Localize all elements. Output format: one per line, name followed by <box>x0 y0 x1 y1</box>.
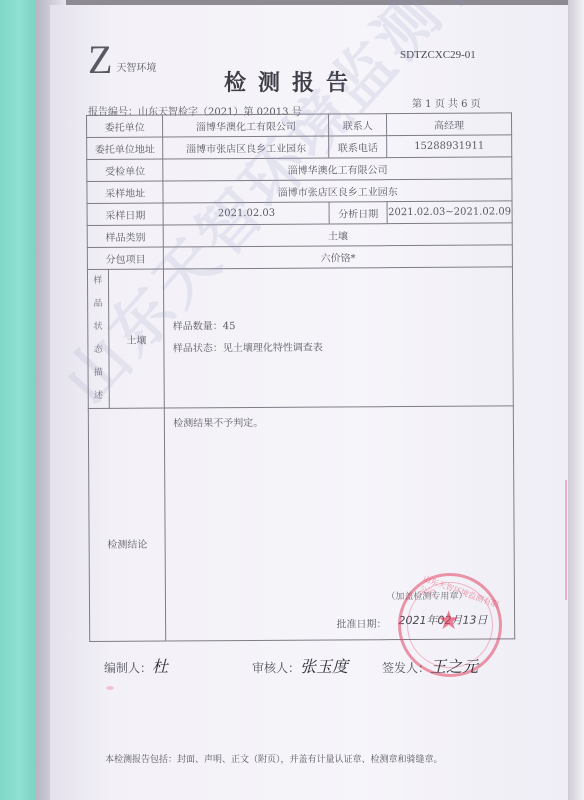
reviewer-sig: 张玉度 <box>300 657 348 676</box>
conclusion-label: 检测结论 <box>88 408 166 641</box>
table-row: 分包项目 六价铬* <box>87 245 512 270</box>
sample-category-label: 样品类别 <box>87 225 164 247</box>
table-row: 委托单位地址 淄博市张店区良乡工业园东 联系电话 15288931911 <box>87 135 512 160</box>
sampling-date-value: 2021.02.03 <box>163 202 329 225</box>
issuer-signature: 签发人：王之元 <box>382 654 478 677</box>
analysis-date-value: 2021.02.03~2021.02.09 <box>387 201 512 224</box>
sample-state: 样品状态：见土壤理化特性调查表 <box>173 336 513 360</box>
phone-value: 15288931911 <box>387 135 512 158</box>
footer-note: 本检测报告包括：封面、声明、正文（附页），并盖有计量认证章、检测章和骑缝章。 <box>105 752 443 765</box>
sample-description: 样品数量：45 样品状态：见土壤理化特性调查表 <box>164 267 513 408</box>
label-char: 态 <box>94 345 103 355</box>
table-row: 采样地址 淄博市张店区良乡工业园东 <box>87 179 512 204</box>
phone-label: 联系电话 <box>329 136 387 158</box>
subcontract-value: 六价铬* <box>164 245 513 269</box>
ink-mark <box>106 686 114 690</box>
sampling-site-value: 淄博市张店区良乡工业园东 <box>163 179 512 203</box>
seam-stamp <box>565 480 575 600</box>
star-icon: ★ <box>437 608 460 634</box>
client-label: 委托单位 <box>87 115 164 137</box>
table-row: 样品类别 土壤 <box>87 223 512 248</box>
sampling-date-label: 采样日期 <box>87 203 164 225</box>
label-char: 状 <box>94 322 103 332</box>
inspected-unit-label: 受检单位 <box>87 159 164 181</box>
subcontract-label: 分包项目 <box>87 247 164 269</box>
sample-quantity: 样品数量：45 <box>173 314 513 338</box>
label-char: 描 <box>94 368 103 378</box>
issuer-label: 签发人： <box>382 661 430 675</box>
analysis-date-label: 分析日期 <box>329 202 387 224</box>
report-table: 委托单位 淄博华澳化工有限公司 联系人 高经理 委托单位地址 淄博市张店区良乡工… <box>86 112 515 642</box>
sample-type: 土壤 <box>108 269 165 408</box>
contact-value: 高经理 <box>386 113 511 136</box>
page-indicator: 第 1 页 共 6 页 <box>412 95 481 110</box>
approval-label: 批准日期： <box>336 615 386 630</box>
compiler-sig: 杜 <box>152 657 168 676</box>
table-row: 采样日期 2021.02.03 分析日期 2021.02.03~2021.02.… <box>87 201 512 226</box>
label-char: 述 <box>94 391 103 401</box>
label-char: 品 <box>93 299 102 309</box>
document-code: SDTZCXC29-01 <box>400 49 476 61</box>
issuer-sig: 王之元 <box>430 657 478 676</box>
client-value: 淄博华澳化工有限公司 <box>163 114 329 137</box>
reviewer-signature: 审核人：张玉度 <box>252 654 348 677</box>
sample-category-value: 土壤 <box>164 223 513 247</box>
conclusion-text: 检测结果不予判定。 <box>173 414 263 430</box>
sample-state-label: 样 品 状 态 描 述 <box>87 269 109 408</box>
sampling-site-label: 采样地址 <box>87 181 164 203</box>
client-address-label: 委托单位地址 <box>87 137 164 159</box>
contact-label: 联系人 <box>329 114 387 136</box>
page-right-edge <box>568 0 584 800</box>
table-row: 委托单位 淄博华澳化工有限公司 联系人 高经理 <box>87 113 512 138</box>
table-row: 样 品 状 态 描 述 土壤 样品数量：45 样品状态：见土壤理化特性调查表 <box>87 267 513 409</box>
report-title: 检测报告 <box>0 66 584 97</box>
client-address-value: 淄博市张店区良乡工业园东 <box>163 136 329 159</box>
compiler-label: 编制人： <box>104 661 152 675</box>
inspected-unit-value: 淄博华澳化工有限公司 <box>163 157 512 181</box>
table-row: 受检单位 淄博华澳化工有限公司 <box>87 157 512 182</box>
compiler-signature: 编制人：杜 <box>104 654 168 677</box>
binder-spine <box>0 0 40 800</box>
reviewer-label: 审核人： <box>252 661 300 675</box>
label-char: 样 <box>93 276 102 286</box>
